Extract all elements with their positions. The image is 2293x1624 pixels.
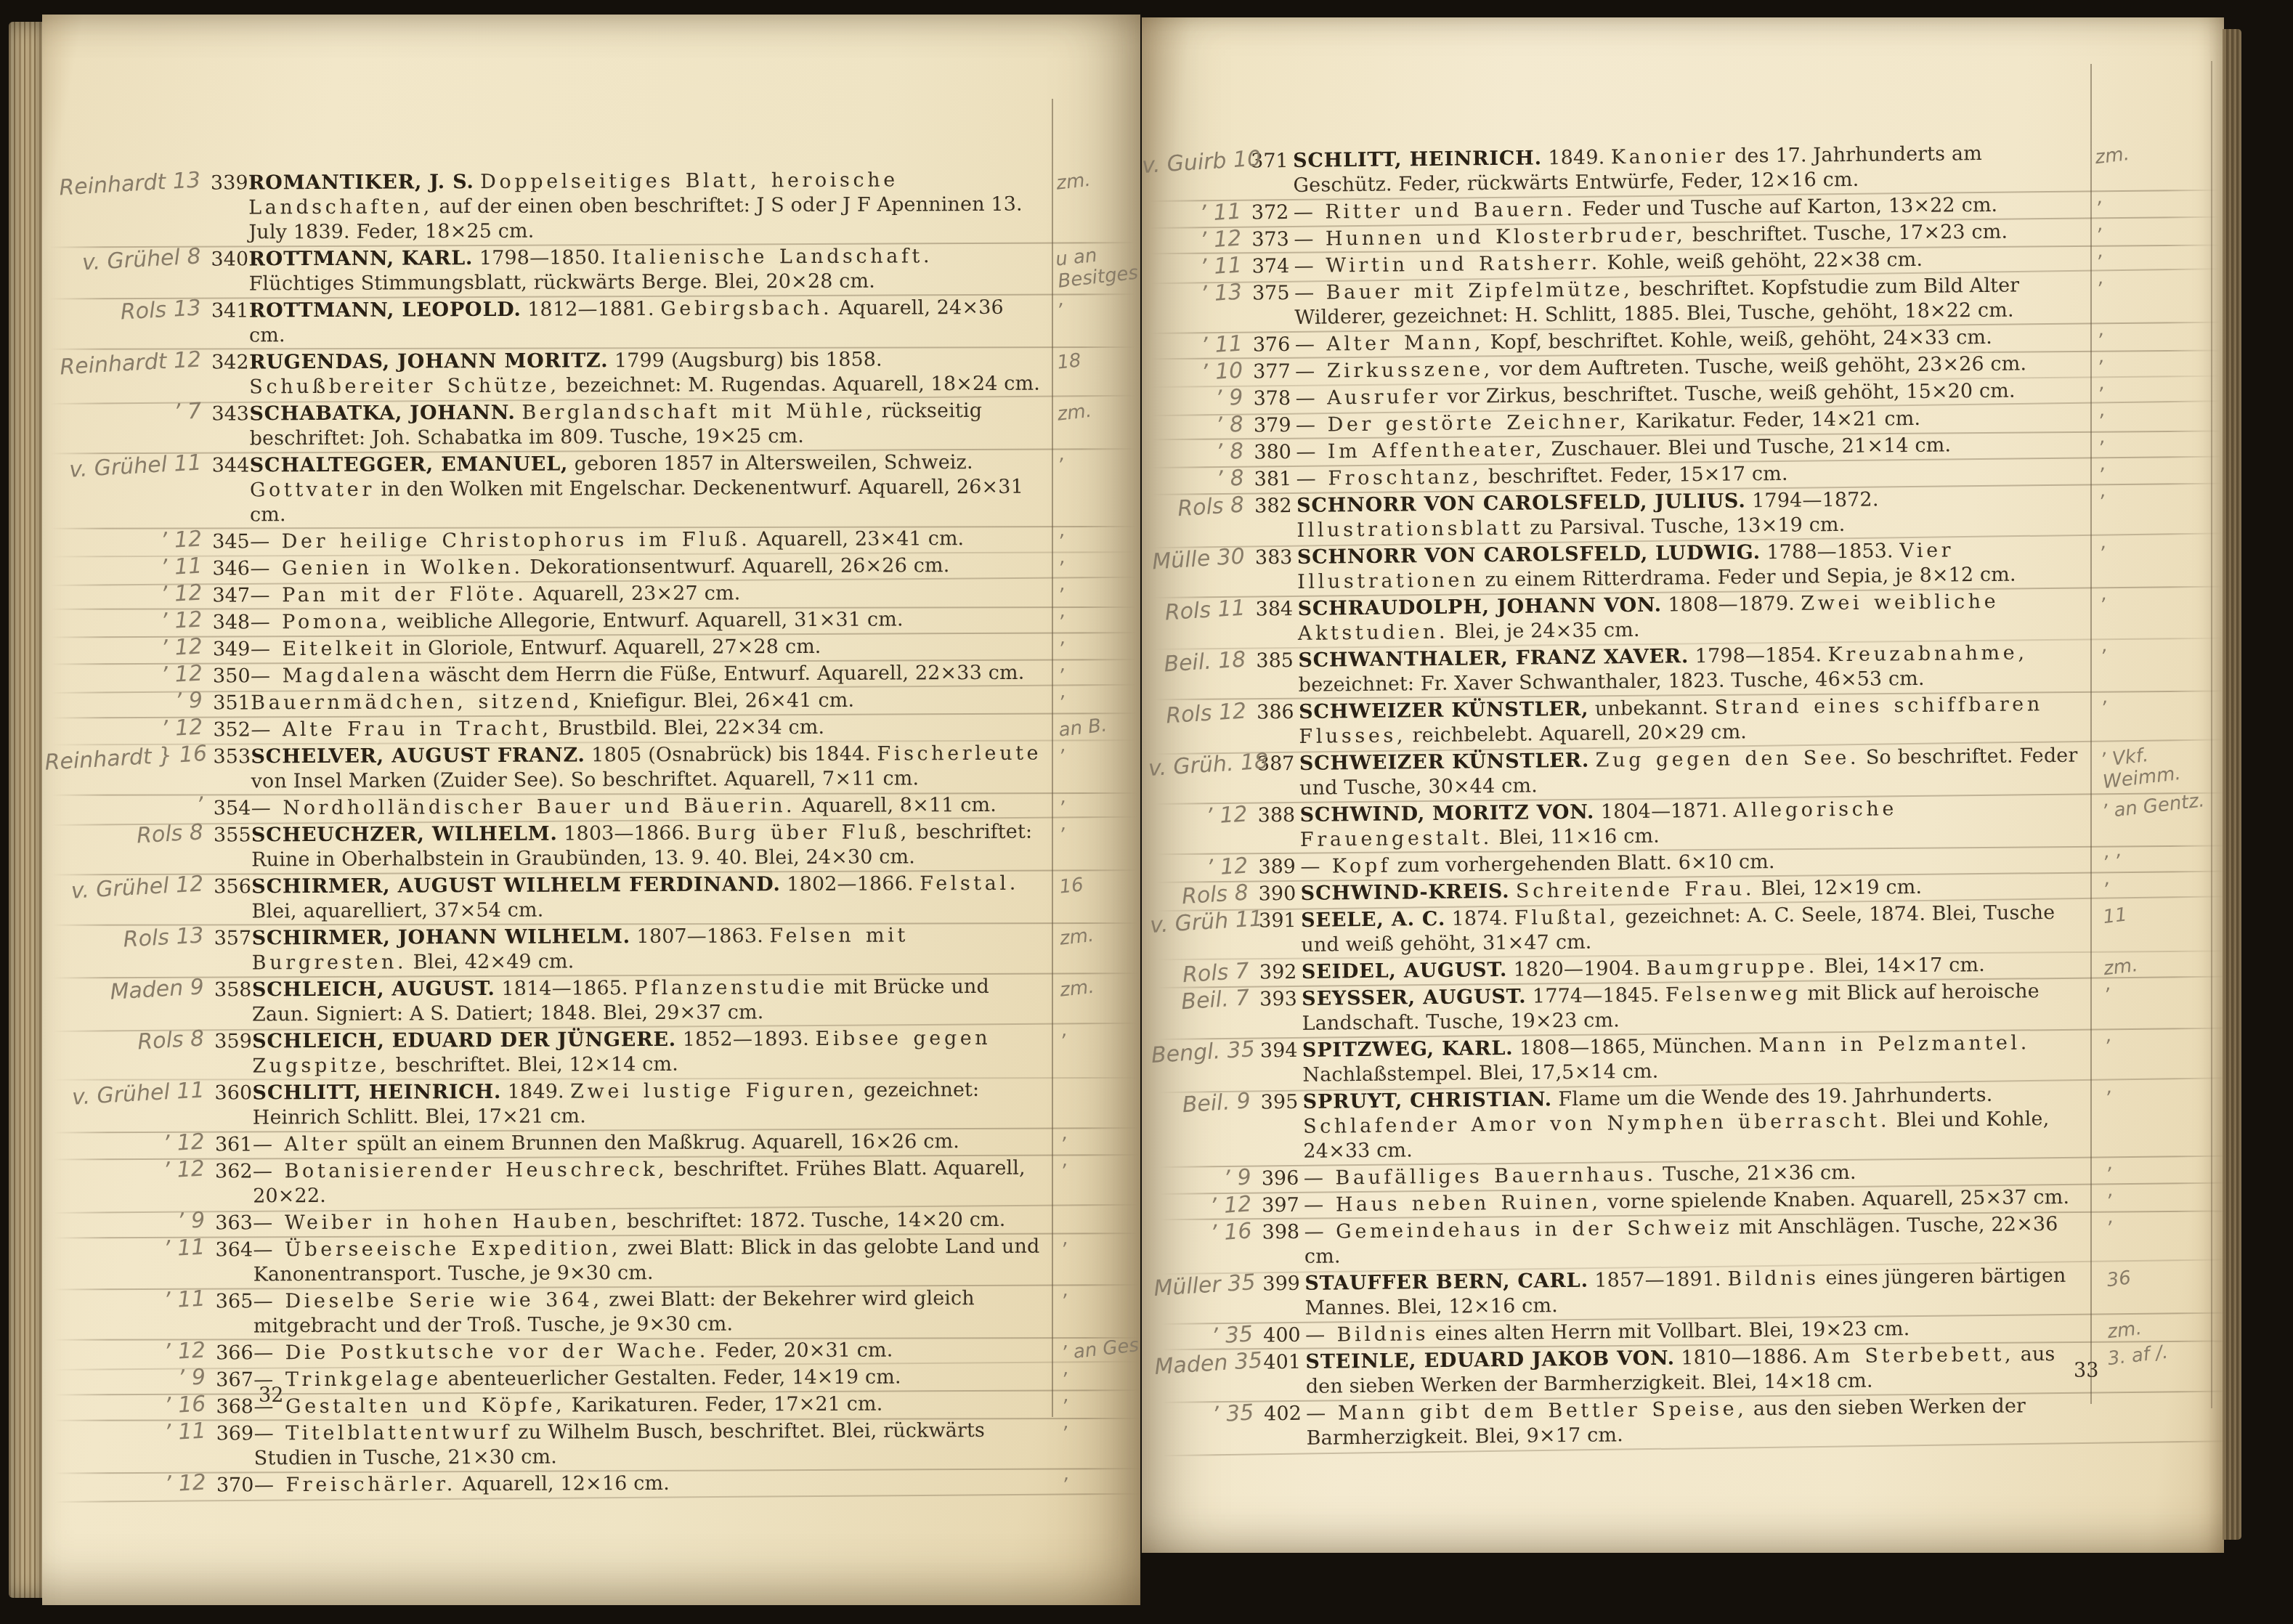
entry-detail: wäscht dem Herrn die Füße, Entwurf. Aqua… xyxy=(429,662,1024,687)
margin-annotation-right: zm. xyxy=(1044,393,1140,426)
margin-annotation-left: Bengl. 35 xyxy=(1150,1036,1261,1068)
work-title: Der heilige Christophorus im Fluß. xyxy=(282,528,751,553)
entry-detail: in Gloriole, Entwurf. Aquarell, 27×28 cm… xyxy=(402,636,821,660)
margin-annotation-left: ’ 12 xyxy=(47,1469,217,1503)
entry-number: 381 xyxy=(1254,467,1296,492)
work-title: Felsenweg xyxy=(1665,983,1801,1007)
entry-number: 400 xyxy=(1263,1323,1305,1349)
work-title: Zwei lustige Figuren, xyxy=(570,1079,857,1103)
entry-detail: 1810—1886. xyxy=(1681,1346,1808,1370)
entry-detail: Feder und Tusche auf Karton, 13×22 cm. xyxy=(1582,194,1998,221)
entry-detail: 1794—1872. xyxy=(1752,489,1879,513)
entry-number: 339 xyxy=(211,171,248,195)
entry-detail: — xyxy=(253,1290,279,1312)
entry-detail: 1804—1871. xyxy=(1601,800,1728,824)
entry-detail: 1788—1853. xyxy=(1766,540,1894,564)
entry-text: SCHLEICH, EDUARD DER JÜNGERE. 1852—1893.… xyxy=(252,1026,1048,1079)
margin-annotation-right: ’ xyxy=(1048,1229,1140,1262)
entry-number: 350 xyxy=(213,664,251,689)
entry-detail: — xyxy=(250,530,275,553)
entry-detail: 1808—1879. xyxy=(1668,593,1795,617)
entry-detail: — xyxy=(253,1211,278,1234)
entry-detail: — xyxy=(1304,1220,1329,1243)
entry-number: 383 xyxy=(1255,545,1297,571)
entry-text: — Der heilige Christophorus im Fluß. Aqu… xyxy=(250,527,1046,555)
entry-text: SCHWEIZER KÜNSTLER. Zug gegen den See. S… xyxy=(1299,744,2090,801)
entry-detail: 1807—1863. xyxy=(636,925,763,948)
entry-number: 355 xyxy=(214,823,251,848)
entry-number: 380 xyxy=(1254,440,1296,466)
entry-detail: Aquarell, 8×11 cm. xyxy=(802,794,997,817)
entry-detail: — xyxy=(1294,282,1320,304)
margin-annotation-left: Beil. 18 xyxy=(1146,646,1257,678)
entry-text: SCHELVER, AUGUST FRANZ. 1805 (Osnabrück)… xyxy=(251,742,1047,795)
entry-detail: 1798—1854. xyxy=(1695,643,1822,667)
work-title: Nordholländischer Bauer und Bäuerin. xyxy=(283,795,795,819)
artist-name: STAUFFER BERN, CARL. xyxy=(1304,1270,1588,1295)
entry-number: 341 xyxy=(211,299,249,323)
entry-number: 372 xyxy=(1251,200,1294,226)
margin-annotation-left: Rols 8 xyxy=(1145,492,1255,523)
entry-detail: 1808—1865, München. xyxy=(1519,1034,1753,1059)
artist-name: SCHELVER, AUGUST FRANZ. xyxy=(251,744,585,768)
entry-detail: — xyxy=(251,797,277,819)
entry-detail: — xyxy=(250,584,275,606)
entry-text: — Magdalena wäscht dem Herrn die Füße, E… xyxy=(251,661,1047,689)
work-title: Baumgruppe. xyxy=(1646,955,1817,979)
margin-annotation-left: Rols 11 xyxy=(1146,595,1257,626)
margin-annotation-left: Beil. 7 xyxy=(1150,985,1260,1016)
entry-detail: 1803—1866. xyxy=(564,822,690,845)
entry-detail: spült an einem Brunnen den Maßkrug. Aqua… xyxy=(357,1130,959,1156)
work-title: Am Sterbebett, xyxy=(1814,1344,2014,1368)
entry-detail: vorne spielende Knaben. Aquarell, 25×37 … xyxy=(1607,1186,2069,1214)
entry-number: 385 xyxy=(1256,649,1298,674)
catalog-entry: Rols 8359SCHLEICH, EDUARD DER JÜNGERE. 1… xyxy=(46,1026,1140,1081)
entry-number: 351 xyxy=(213,691,251,715)
entry-number: 394 xyxy=(1260,1039,1302,1064)
artist-name: SCHALTEGGER, EMANUEL, xyxy=(250,452,569,476)
entry-text: — Pan mit der Flöte. Aquarell, 23×27 cm. xyxy=(250,580,1046,609)
entry-text: — Alter spült an einem Brunnen den Maßkr… xyxy=(253,1129,1049,1158)
margin-annotation-left: Rols 13 xyxy=(42,295,212,329)
entry-text: — Gemeindehaus in der Schweiz mit Anschl… xyxy=(1304,1211,2095,1269)
entry-number: 396 xyxy=(1262,1166,1304,1192)
work-title: Im Affentheater, xyxy=(1328,438,1545,463)
page-left: Reinhardt 13339ROMANTIKER, J. S. Doppels… xyxy=(42,15,1140,1605)
catalog-entry: Maden 9358SCHLEICH, AUGUST. 1814—1865. P… xyxy=(46,974,1140,1030)
entry-number: 376 xyxy=(1253,333,1295,358)
margin-annotation-left: ’ 7 xyxy=(43,398,213,432)
entry-text: SCHRAUDOLPH, JOHANN VON. 1808—1879. Zwei… xyxy=(1297,589,2088,646)
margin-annotation-left: ’ 10 xyxy=(1143,357,1254,389)
artist-name: ROMANTIKER, J. S. xyxy=(248,171,474,194)
entry-detail: — xyxy=(253,1160,278,1182)
margin-annotation-left: ’ 11 xyxy=(46,1234,216,1268)
catalog-entry: v. Grühel 12356SCHIRMER, AUGUST WILHELM … xyxy=(45,871,1140,927)
entry-detail: — xyxy=(1300,856,1326,878)
entry-number: 366 xyxy=(216,1341,253,1365)
entry-detail: — xyxy=(1304,1193,1329,1216)
entry-text: SPITZWEG, KARL. 1808—1865, München. Mann… xyxy=(1302,1030,2093,1087)
entry-text: ROTTMANN, KARL. 1798—1850. Italienische … xyxy=(248,244,1044,297)
margin-annotation-left: ’ 11 xyxy=(1143,330,1254,362)
entry-detail: Blei, 12×19 cm. xyxy=(1761,876,1922,900)
work-title: Gebirgsbach. xyxy=(660,297,832,320)
entry-detail: — xyxy=(1294,255,1320,277)
entry-text: — Eitelkeit in Gloriole, Entwurf. Aquare… xyxy=(251,634,1047,662)
catalog-entry: Rols 8355SCHEUCHZER, WILHELM. 1803—1866.… xyxy=(45,819,1140,875)
entry-number: 389 xyxy=(1258,855,1300,880)
entry-text: SCHLITT, HEINRICH. 1849. Kanonier des 17… xyxy=(1293,141,2084,198)
entry-number: 378 xyxy=(1253,386,1295,412)
entry-detail: Flame um die Wende des 19. Jahrhunderts. xyxy=(1558,1084,1992,1111)
entry-detail: — xyxy=(250,557,275,580)
margin-annotation-left: ’ 16 xyxy=(1153,1218,1263,1249)
entry-number: 369 xyxy=(216,1421,254,1446)
entry-number: 363 xyxy=(215,1211,253,1235)
entry-text: — Freischärler. Aquarell, 12×16 cm. xyxy=(254,1470,1050,1498)
entry-text: SCHLEICH, AUGUST. 1814—1865. Pflanzenstu… xyxy=(252,975,1048,1028)
work-title: Ritter und Bauern. xyxy=(1325,198,1575,224)
entry-detail: — xyxy=(251,611,276,633)
work-title: Die Postkutsche vor der Wache. xyxy=(285,1340,709,1365)
entry-number: 362 xyxy=(215,1159,253,1184)
work-title: Überseeische Expedition, xyxy=(285,1237,621,1261)
entry-detail: bezeichnet: M. Rugendas. Aquarell, 18×24… xyxy=(566,373,1040,397)
margin-annotation-left: v. Grüh. 18 xyxy=(1148,750,1258,781)
entry-number: 395 xyxy=(1261,1090,1303,1116)
entry-text: ROTTMANN, LEOPOLD. 1812—1881. Gebirgsbac… xyxy=(249,296,1045,349)
artist-name: SCHWEIZER KÜNSTLER, xyxy=(1299,698,1589,723)
margin-annotation-right: zm. xyxy=(2082,133,2205,170)
margin-annotation-right: ’ xyxy=(1050,1464,1140,1498)
catalog-entry: ’ 35402— Mann gibt dem Bettler Speise, a… xyxy=(1155,1392,2224,1454)
entry-number: 382 xyxy=(1254,494,1296,519)
work-title: Bildnis xyxy=(1727,1267,1819,1290)
work-title: Baufälliges Bauernhaus. xyxy=(1335,1164,1657,1190)
margin-annotation-left: ’ 12 xyxy=(1152,1191,1262,1222)
work-title: Ausrufer xyxy=(1327,386,1441,410)
catalog-entry: ’ 7343SCHABATKA, JOHANN. Berglandschaft … xyxy=(43,398,1140,454)
work-title: Fischerleute xyxy=(877,742,1042,766)
entry-number: 399 xyxy=(1262,1272,1304,1297)
entry-number: 374 xyxy=(1252,254,1294,280)
entry-detail: Kniefigur. Blei, 26×41 cm. xyxy=(588,689,854,713)
margin-annotation-right: zm. xyxy=(1044,162,1140,195)
entry-text: ROMANTIKER, J. S. Doppelseitiges Blatt, … xyxy=(248,168,1044,245)
entry-number: 402 xyxy=(1264,1402,1306,1427)
artist-name: SPRUYT, CHRISTIAN. xyxy=(1303,1088,1552,1113)
work-title: Titelblattentwurf xyxy=(285,1421,512,1445)
entry-detail: 1812—1881. xyxy=(527,298,654,321)
artist-name: SEYSSER, AUGUST. xyxy=(1302,986,1526,1010)
entry-detail: Flüchtiges Stimmungsblatt, rückwärts Ber… xyxy=(249,270,875,296)
entry-text: SEELE, A. C. 1874. Flußtal, gezeichnet: … xyxy=(1301,900,2092,957)
work-title: Kopf xyxy=(1332,855,1392,878)
work-title: Bauer mit Zipfelmütze, xyxy=(1326,278,1633,304)
entry-detail: — xyxy=(1296,441,1321,463)
page-number-right: 33 xyxy=(2074,1360,2098,1382)
entry-number: 397 xyxy=(1262,1193,1304,1219)
artist-name: SCHIRMER, AUGUST WILHELM FERDINAND. xyxy=(251,873,781,898)
margin-annotation-left: ’ 9 xyxy=(1144,384,1254,415)
work-title: Kreuzabnahme, xyxy=(1828,641,2028,666)
work-title: Illustrationsblatt xyxy=(1296,517,1524,542)
entry-detail: beschriftet. Feder, 15×17 cm. xyxy=(1488,463,1788,488)
work-title: Alter xyxy=(284,1133,350,1156)
work-title: Zirkusszene, xyxy=(1327,358,1493,382)
entry-detail: — xyxy=(253,1341,279,1364)
entry-number: 392 xyxy=(1259,960,1302,986)
work-title: Pflanzenstudie xyxy=(634,976,827,999)
entry-detail: 1774—1845. xyxy=(1533,984,1660,1008)
entry-number: 353 xyxy=(213,744,251,769)
entry-detail: — xyxy=(254,1422,280,1445)
work-title: Weiber in hohen Hauben, xyxy=(285,1210,621,1234)
catalog-entry: Beil. 9395SPRUYT, CHRISTIAN. Flame um di… xyxy=(1152,1080,2224,1167)
entry-number: 344 xyxy=(212,453,250,478)
entry-number: 358 xyxy=(214,978,252,1002)
entry-detail: bezeichnet: Fr. Xaver Schwanthaler, 1823… xyxy=(1299,667,1925,697)
entry-number: 370 xyxy=(216,1473,254,1498)
catalog-entry: ’ 11365— Dieselbe Serie wie 364, zwei Bl… xyxy=(47,1286,1140,1341)
entry-number: 391 xyxy=(1259,909,1301,934)
margin-annotation-right: ’ Vkf. Weimm. xyxy=(2087,736,2212,795)
margin-annotation-right: ’ xyxy=(1044,444,1140,478)
catalog-entry: ’ 11364— Überseeische Expedition, zwei B… xyxy=(46,1234,1140,1290)
entry-detail: — xyxy=(254,1474,280,1496)
entry-text: SCHWIND, MORITZ VON. 1804—1871. Allegori… xyxy=(1299,795,2090,852)
entry-number: 368 xyxy=(216,1394,253,1419)
margin-annotation-left: Rols 7 xyxy=(1150,958,1260,989)
entry-detail: beschriftet: 1872. Tusche, 14×20 cm. xyxy=(627,1209,1006,1233)
artist-name: SCHWANTHALER, FRANZ XAVER. xyxy=(1298,645,1689,672)
margin-annotation-left: Maden 9 xyxy=(45,974,215,1008)
entry-detail: Karikatur. Feder, 14×21 cm. xyxy=(1636,407,1920,433)
entry-detail: Dekorationsentwurf. Aquarell, 26×26 cm. xyxy=(529,554,949,579)
artist-name: SCHNORR VON CAROLSFELD, LUDWIG. xyxy=(1297,541,1761,569)
entry-number: 365 xyxy=(216,1289,253,1314)
entry-text: — Dieselbe Serie wie 364, zwei Blatt: de… xyxy=(253,1286,1050,1339)
catalog-entry: ’ 11369— Titelblattentwurf zu Wilhelm Bu… xyxy=(48,1418,1140,1474)
entry-detail: Tusche, 21×36 cm. xyxy=(1663,1161,1856,1186)
margin-annotation-left: ’ 12 xyxy=(1148,853,1259,884)
catalog-entry: v. Grühel 8340ROTTMANN, KARL. 1798—1850.… xyxy=(42,243,1140,299)
catalog-book-photo: Reinhardt 13339ROMANTIKER, J. S. Doppels… xyxy=(0,0,2293,1624)
margin-annotation-left: Beil. 9 xyxy=(1151,1088,1262,1119)
entry-number: 388 xyxy=(1257,803,1299,829)
entry-detail: 1802—1866. xyxy=(787,872,913,896)
book-page-edges xyxy=(9,22,45,1598)
entry-detail: 1814—1865. xyxy=(501,977,628,1000)
entry-detail: Aquarell, 23×41 cm. xyxy=(757,527,965,551)
catalog-entry: v. Grühel 11344SCHALTEGGER, EMANUEL, geb… xyxy=(44,450,1140,530)
margin-annotation-left: ’ 12 xyxy=(1148,801,1259,832)
entry-detail: weibliche Allegorie, Entwurf. Aquarell, … xyxy=(397,608,903,633)
entry-number: 364 xyxy=(215,1238,253,1262)
entry-number: 401 xyxy=(1263,1350,1305,1376)
entry-text: — Überseeische Expedition, zwei Blatt: B… xyxy=(253,1235,1049,1288)
entry-text: — Alte Frau in Tracht, Brustbild. Blei, … xyxy=(251,715,1047,743)
entry-number: 390 xyxy=(1259,882,1301,907)
entry-detail: 1799 (Augsburg) bis 1858. xyxy=(614,349,882,373)
work-title: Freischärler. xyxy=(285,1473,456,1496)
entry-number: 357 xyxy=(214,926,252,951)
entry-detail: eines alten Herrn mit Vollbart. Blei, 19… xyxy=(1435,1318,1910,1345)
page-right-entries: v. Guirb 10371SCHLITT, HEINRICH. 1849. K… xyxy=(1142,139,2224,1455)
entry-detail: Zuschauer. Blei und Tusche, 21×14 cm. xyxy=(1551,434,1951,460)
entry-detail: — xyxy=(251,718,276,741)
entry-detail: — xyxy=(253,1133,278,1156)
catalog-entry: Reinhardt 12342RUGENDAS, JOHANN MORITZ. … xyxy=(43,346,1140,402)
work-title: Eitelkeit xyxy=(282,638,396,661)
margin-annotation-left: v. Grühel 11 xyxy=(43,450,213,484)
entry-number: 359 xyxy=(214,1029,252,1054)
entry-detail: beschriftet. Blei, 12×14 cm. xyxy=(396,1053,678,1077)
artist-name: SCHLEICH, AUGUST. xyxy=(252,978,495,1001)
margin-annotation-left: ’ 9 xyxy=(1152,1164,1262,1195)
entry-text: SPRUYT, CHRISTIAN. Flame um die Wende de… xyxy=(1303,1081,2094,1164)
margin-annotation-left: ’ 8 xyxy=(1144,411,1254,442)
entry-number: 398 xyxy=(1262,1220,1304,1246)
work-title: Gottvater xyxy=(250,479,375,502)
entry-number: 352 xyxy=(213,718,251,742)
entry-detail: Blei, je 24×35 cm. xyxy=(1455,619,1640,643)
page-right: v. Guirb 10371SCHLITT, HEINRICH. 1849. K… xyxy=(1142,17,2224,1553)
margin-annotation-left: ’ 11 xyxy=(1142,198,1252,230)
entry-detail: 1805 (Osnabrück) bis 1844. xyxy=(591,743,871,767)
margin-annotation-left: v. Grühel 11 xyxy=(46,1077,216,1111)
artist-name: SCHWIND-KREIS. xyxy=(1301,880,1510,905)
entry-number: 375 xyxy=(1252,281,1294,306)
entry-detail: 1874. xyxy=(1451,907,1508,930)
margin-annotation-left: ’ 12 xyxy=(1142,225,1252,256)
margin-annotation-right: 18 xyxy=(1044,341,1140,375)
entry-number: 393 xyxy=(1259,987,1302,1012)
entry-detail: vor Zirkus, beschriftet. Tusche, weiß ge… xyxy=(1447,380,2016,408)
artist-name: SCHLITT, HEINRICH. xyxy=(252,1081,501,1104)
margin-annotation-left: Rols 8 xyxy=(1149,880,1259,911)
margin-annotation-left: v. Grühel 8 xyxy=(42,243,211,277)
entry-detail: Kopf, beschriftet. Kohle, weiß, gehöht, … xyxy=(1490,326,1992,354)
margin-annotation-left: Maden 35 xyxy=(1154,1348,1265,1379)
entry-detail: — xyxy=(1296,468,1322,490)
page-number-left: 32 xyxy=(259,1384,283,1407)
entry-text: RUGENDAS, JOHANN MORITZ. 1799 (Augsburg)… xyxy=(249,347,1045,400)
work-title: Bildnis xyxy=(1337,1323,1429,1346)
margin-annotation-left: ’ 11 xyxy=(46,1286,216,1320)
entry-detail: zu einem Ritterdrama. Feder und Sepia, j… xyxy=(1485,564,2016,592)
entry-detail: Nachlaßstempel. Blei, 17,5×14 cm. xyxy=(1302,1060,1658,1087)
work-title: Froschtanz, xyxy=(1328,466,1482,490)
entry-text: — Trinkgelage abenteuerlicher Gestalten.… xyxy=(253,1365,1050,1393)
entry-text: SCHIRMER, JOHANN WILHELM. 1807—1863. Fel… xyxy=(252,923,1048,976)
entry-detail: — xyxy=(1295,387,1320,410)
entry-detail: von Insel Marken (Zuider See). So beschr… xyxy=(251,767,920,792)
entry-detail: — xyxy=(1305,1323,1331,1346)
entry-detail: reichbelebt. Aquarell, 20×29 cm. xyxy=(1413,720,1748,747)
entry-text: — Weiber in hohen Hauben, beschriftet: 1… xyxy=(253,1208,1049,1236)
entry-text: — Genien in Wolken. Dekorationsentwurf. … xyxy=(250,553,1046,582)
work-title: Berglandschaft mit Mühle, xyxy=(521,400,875,424)
catalog-entry: Rols 13357SCHIRMER, JOHANN WILHELM. 1807… xyxy=(46,922,1140,978)
entry-number: 345 xyxy=(212,529,250,554)
catalog-entry: ’ 12370— Freischärler. Aquarell, 12×16 c… xyxy=(48,1469,1140,1501)
entry-detail: Blei, 11×16 cm. xyxy=(1498,825,1660,849)
entry-detail: 1852—1893. xyxy=(683,1028,809,1051)
work-title: Der gestörte Zeichner, xyxy=(1327,410,1629,436)
work-title: Mann in Pelzmantel. xyxy=(1758,1031,2030,1057)
entry-text: SCHWEIZER KÜNSTLER, unbekannt. Strand ei… xyxy=(1299,692,2090,750)
margin-annotation-right: ’ xyxy=(1044,290,1140,323)
entry-text: SEYSSER, AUGUST. 1774—1845. Felsenweg mi… xyxy=(1302,978,2093,1036)
work-title: Alter Mann, xyxy=(1326,331,1484,355)
artist-name: ROTTMANN, KARL. xyxy=(248,247,473,270)
page-left-entries: Reinhardt 13339ROMANTIKER, J. S. Doppels… xyxy=(42,167,1140,1501)
margin-annotation-right: zm. xyxy=(1047,917,1140,951)
margin-annotation-right: ’ xyxy=(1048,1150,1140,1184)
artist-name: SCHABATKA, JOHANN. xyxy=(249,402,515,426)
margin-annotation-right: ’ xyxy=(1047,1020,1140,1054)
entry-number: 384 xyxy=(1255,597,1297,622)
work-title: Gestalten und Köpfe, xyxy=(285,1394,565,1418)
catalog-entry: Reinhardt 13339ROMANTIKER, J. S. Doppels… xyxy=(42,167,1140,248)
margin-annotation-left: ’ 35 xyxy=(1154,1400,1265,1431)
work-title: Hunnen und Klosterbruder, xyxy=(1326,224,1687,250)
entry-detail: Karikaturen. Feder, 17×21 cm. xyxy=(572,1393,883,1417)
entry-text: SCHEUCHZER, WILHELM. 1803—1866. Burg übe… xyxy=(251,820,1047,873)
entry-detail: Kohle, weiß gehöht, 22×38 cm. xyxy=(1607,248,1923,275)
entry-number: 361 xyxy=(215,1132,253,1157)
margin-annotation-left: v. Grühel 12 xyxy=(45,871,215,905)
entry-detail: — xyxy=(1295,360,1320,383)
entry-text: — Mann gibt dem Bettler Speise, aus den … xyxy=(1306,1393,2097,1450)
work-title: Schußbereiter Schütze, xyxy=(249,375,559,399)
work-title: Burg über Fluß, xyxy=(697,821,910,844)
work-title: Alte Frau in Tracht, xyxy=(283,718,552,742)
entry-detail: — xyxy=(1294,201,1319,224)
artist-name: SPITZWEG, KARL. xyxy=(1302,1037,1514,1062)
work-title: Pan mit der Flöte. xyxy=(282,583,527,606)
entry-number: 367 xyxy=(216,1368,253,1392)
catalog-entry: Reinhardt } 16353SCHELVER, AUGUST FRANZ.… xyxy=(44,741,1140,797)
entry-number: 354 xyxy=(214,796,251,821)
entry-number: 386 xyxy=(1257,700,1299,726)
entry-number: 340 xyxy=(211,247,248,272)
entry-detail: 1798—1850. xyxy=(479,246,606,269)
margin-annotation-left: Rols 8 xyxy=(44,819,214,853)
margin-annotation-left: Mülle 30 xyxy=(1145,543,1256,575)
artist-name: STEINLE, EDUARD JAKOB VON. xyxy=(1305,1347,1675,1373)
work-title: Kanonier xyxy=(1611,145,1729,169)
margin-annotation-right: 16 xyxy=(1047,866,1140,899)
work-title: Pomona, xyxy=(282,611,391,634)
entry-detail: abenteuerlicher Gestalten. Feder, 14×19 … xyxy=(447,1365,901,1390)
entry-detail: — xyxy=(1304,1166,1329,1189)
artist-name: SEELE, A. C. xyxy=(1301,908,1445,932)
entry-text: STEINLE, EDUARD JAKOB VON. 1810—1886. Am… xyxy=(1305,1341,2096,1399)
margin-annotation-left: Müller 35 xyxy=(1153,1270,1263,1301)
work-title: Wirtin und Ratsherr. xyxy=(1326,252,1601,277)
entry-detail: geboren 1857 in Altersweilen, Schweiz. xyxy=(575,451,973,475)
entry-detail: Feder, 20×31 cm. xyxy=(715,1339,893,1363)
entry-number: 348 xyxy=(213,610,251,635)
margin-annotation-left: v. Grüh 11 xyxy=(1149,906,1259,938)
work-title: Genien in Wolken. xyxy=(282,556,524,580)
margin-annotation-left: ’ 8 xyxy=(1145,465,1255,496)
entry-text: SCHWANTHALER, FRANZ XAVER. 1798—1854. Kr… xyxy=(1298,641,2089,698)
